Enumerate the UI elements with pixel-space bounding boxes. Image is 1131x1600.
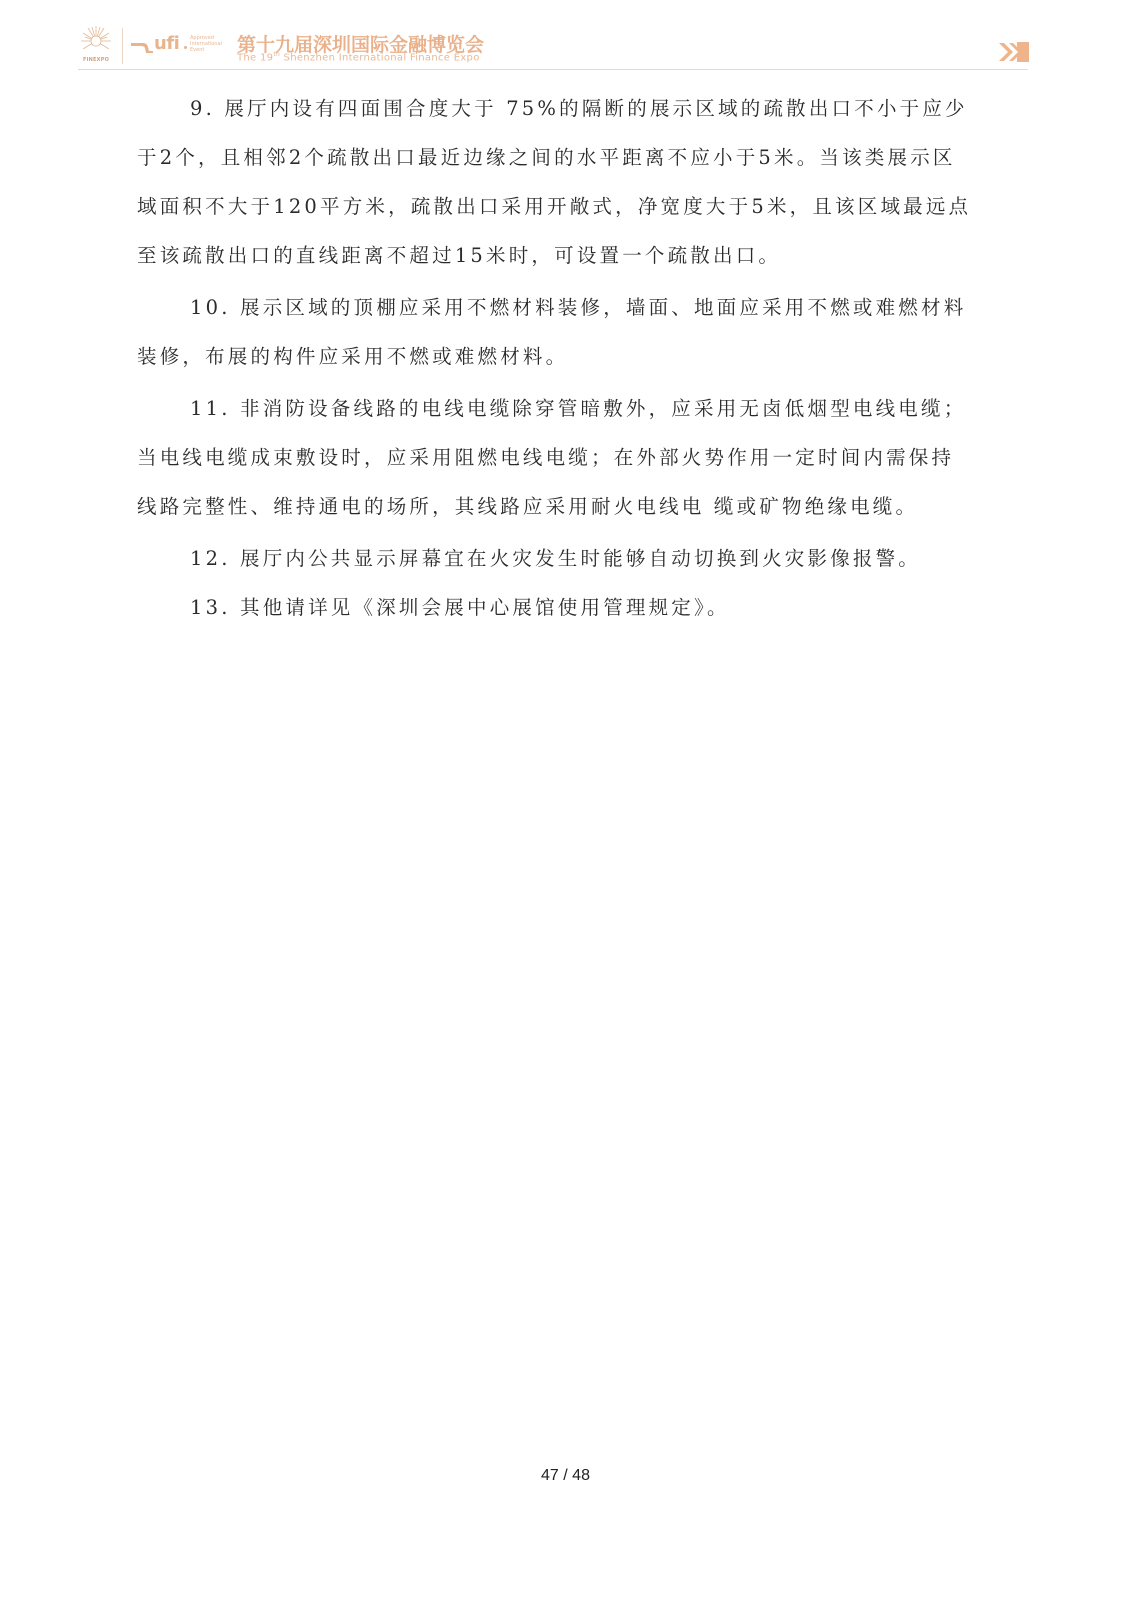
paragraph-12: 12. 展厅内公共显示屏幕宜在火灾发生时能够自动切换到火灾影像报警。: [137, 534, 973, 583]
ufi-logo-icon: [131, 38, 155, 57]
paragraph-9: 9. 展厅内设有四面围合度大于 75%的隔断的展示区域的疏散出口不小于应少于2个…: [137, 84, 973, 280]
logo-divider: [122, 28, 123, 64]
ufi-label: ufi: [154, 33, 179, 54]
double-chevron-right-icon[interactable]: [997, 42, 1029, 62]
header-divider: [78, 69, 1028, 70]
document-header: FINEXPO ufi Approved International Event…: [0, 0, 1131, 80]
finexpo-label: FINEXPO: [78, 57, 114, 63]
paragraph-13: 13. 其他请详见《深圳会展中心展馆使用管理规定》。: [137, 583, 973, 632]
paragraph-10: 10. 展示区域的顶棚应采用不燃材料装修，墙面、地面应采用不燃或难燃材料装修，布…: [137, 283, 973, 381]
document-body: 9. 展厅内设有四面围合度大于 75%的隔断的展示区域的疏散出口不小于应少于2个…: [137, 84, 973, 632]
ufi-approved-label: Approved International Event: [190, 35, 230, 53]
expo-title-english: The 19th Shenzhen International Finance …: [237, 51, 480, 63]
page-number: 47 / 48: [0, 1467, 1131, 1485]
ufi-dot: [184, 46, 187, 49]
paragraph-11: 11. 非消防设备线路的电线电缆除穿管暗敷外，应采用无卤低烟型电线电缆； 当电线…: [137, 384, 973, 531]
